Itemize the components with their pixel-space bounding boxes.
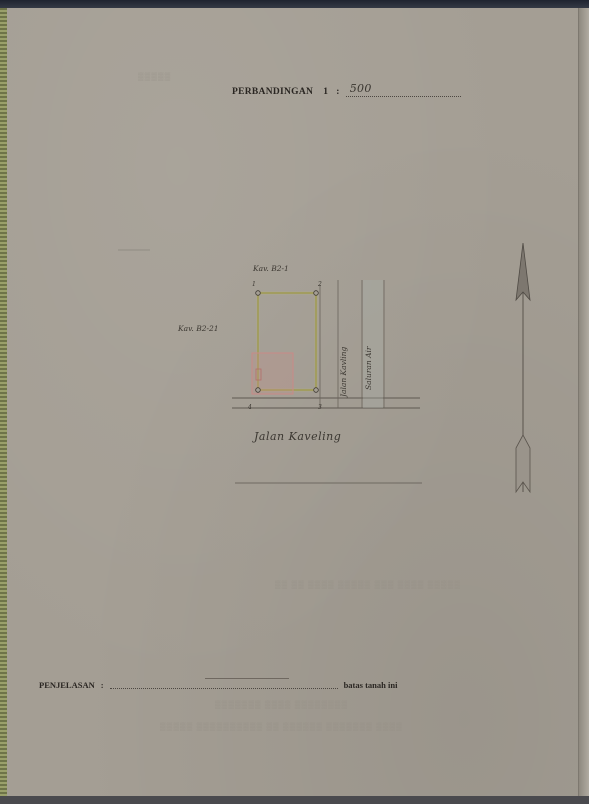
neighbor-label-left: Kav. B2-21: [178, 324, 219, 333]
north-arrow-icon: [516, 243, 530, 492]
corner-label-1: 1: [252, 281, 256, 288]
explanation-suffix: batas tanah ini: [344, 680, 398, 690]
explanation-label: PENJELASAN: [39, 680, 95, 690]
corner-label-4: 4: [248, 404, 252, 411]
explanation-row: PENJELASAN : batas tanah ini: [39, 680, 397, 690]
road-label-right-1: Jalan Kavling: [339, 312, 348, 397]
road-label-right-2: Saluran Air: [364, 320, 373, 390]
neighbor-label-top: Kav. B2-1: [253, 264, 289, 273]
road-label-bottom: Jalan Kaveling: [254, 430, 341, 443]
corner-label-2: 2: [318, 281, 322, 288]
corner-label-3: 3: [318, 404, 322, 411]
explanation-field: [110, 682, 338, 689]
